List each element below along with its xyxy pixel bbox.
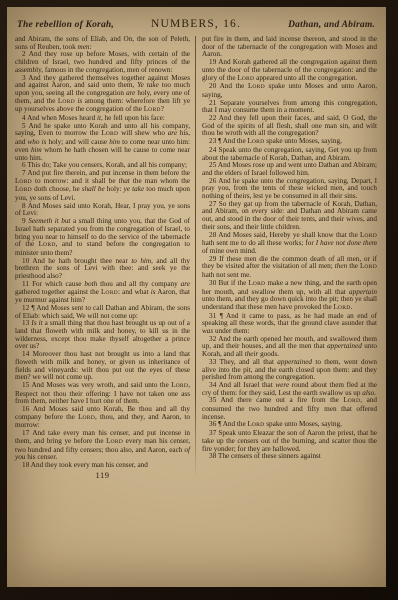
page-number: 119 [15,472,190,480]
verse-continuation: put fire in them, and laid incense there… [202,36,377,59]
verse-15: 15 And Moses was very wroth, and said un… [15,382,190,406]
verse-22: 22 And they fell upon their faces, and s… [202,115,377,138]
verse-3: 3 And they gathered themselves together … [15,75,190,116]
verse-20: 20 And the LORD spake unto Moses and unt… [202,83,377,99]
verse-7: 7 And put fire therein, and put incense … [15,170,190,203]
text-column-left: and Abiram, the sons of Eliab, and On, t… [15,36,195,479]
pilcrow-mark: ¶ [32,305,35,312]
bible-page: The rebellion of Korah, NUMBERS, 16. Dat… [7,7,386,587]
verse-number: 33 [209,358,216,366]
verse-18: 18 And they took every man his censer, a… [15,462,190,470]
pilcrow-mark: ¶ [218,421,221,428]
verse-number: 38 [209,452,216,460]
verse-31: 31 ¶ And it came to pass, as he had made… [202,313,377,336]
verse-24: 24 Speak unto the congregation, saying, … [202,147,377,162]
verse-16: 16 And Moses said unto Korah, Be thou an… [15,406,190,430]
verse-number: 26 [209,177,216,185]
verse-30: 30 But if the LORD make a new thing, and… [202,280,377,313]
running-head-left: The rebellion of Korah, [17,20,145,30]
verse-number: 32 [209,335,216,343]
verse-21: 21 Separate yourselves from among this c… [202,100,377,115]
verse-number: 36 [209,420,216,428]
verse-5: 5 And he spake unto Korah and unto all h… [15,123,190,163]
book-page-photo: The rebellion of Korah, NUMBERS, 16. Dat… [0,0,398,600]
verse-28: 28 And Moses said, Hereby ye shall know … [202,232,377,256]
verse-32: 32 And the earth opened her mouth, and s… [202,336,377,359]
verse-number: 14 [22,350,29,358]
verse-25: 25 And Moses rose up and went unto Datha… [202,162,377,177]
verse-number: 2 [22,50,26,58]
verse-number: 9 [22,217,26,225]
verse-27: 27 So they gat up from the tabernacle of… [202,201,377,232]
running-head-right: Dathan, and Abiram. [247,20,375,30]
verse-29: 29 If these men die the common death of … [202,256,377,280]
verse-14: 14 Moreover thou hast not brought us int… [15,351,190,382]
verse-17: 17 And take every man his censer, and pu… [15,430,190,462]
verse-number: 18 [22,461,29,469]
verse-number: 17 [22,429,29,437]
verse-38: 38 The censers of these sinners against [202,453,377,461]
book-chapter-title: NUMBERS, 16. [145,18,247,30]
page-header: The rebellion of Korah, NUMBERS, 16. Dat… [15,18,377,33]
verse-number: 22 [209,114,216,122]
verse-number: 11 [22,280,29,288]
verse-number: 35 [209,396,216,404]
verse-37: 37 Speak unto Eleazar the son of Aaron t… [202,430,377,453]
verse-number: 25 [209,161,216,169]
verse-number: 37 [209,429,216,437]
verse-13: 13 Is it a small thing that thou hast br… [15,320,190,351]
pilcrow-mark: ¶ [220,313,223,320]
verse-continuation: and Abiram, the sons of Eliab, and On, t… [15,36,190,51]
verse-number: 20 [209,82,216,90]
verse-34: 34 And all Israel that were round about … [202,382,377,397]
verse-10: 10 And he hath brought thee near to him,… [15,258,190,281]
verse-number: 12 [22,304,29,312]
verse-number: 15 [22,381,29,389]
verse-number: 30 [209,279,216,287]
verse-number: 7 [22,169,26,177]
verse-number: 28 [209,231,216,239]
text-column-right: put fire in them, and laid incense there… [196,36,377,479]
verse-number: 34 [209,381,216,389]
scripture-text-block: and Abiram, the sons of Eliab, and On, t… [15,36,377,479]
verse-26: 26 And he spake unto the congregation, s… [202,178,377,201]
verse-8: 8 And Moses said unto Korah, Hear, I pra… [15,203,190,218]
verse-12: 12 ¶ And Moses sent to call Dathan and A… [15,305,190,320]
verse-number: 21 [209,99,216,107]
verse-number: 19 [209,58,216,66]
verse-11: 11 For which cause both thou and all thy… [15,281,190,305]
verse-number: 29 [209,255,216,263]
verse-9: 9 Seemeth it but a small thing unto you,… [15,218,190,258]
verse-number: 24 [209,146,216,154]
verse-35: 35 And there came out a fire from the LO… [202,397,377,421]
verse-number: 8 [22,202,26,210]
verse-19: 19 And Korah gathered all the congregati… [202,59,377,83]
verse-number: 23 [209,137,216,145]
verse-number: 5 [22,122,26,130]
pilcrow-mark: ¶ [218,138,221,145]
verse-number: 10 [22,257,29,265]
verse-33: 33 They, and all that appertained to the… [202,359,377,382]
verse-number: 27 [209,200,216,208]
verse-2: 2 And they rose up before Moses, with ce… [15,51,190,74]
verse-number: 16 [22,405,29,413]
verse-number: 31 [209,312,216,320]
verse-number: 13 [22,319,29,327]
verse-number: 3 [22,74,26,82]
